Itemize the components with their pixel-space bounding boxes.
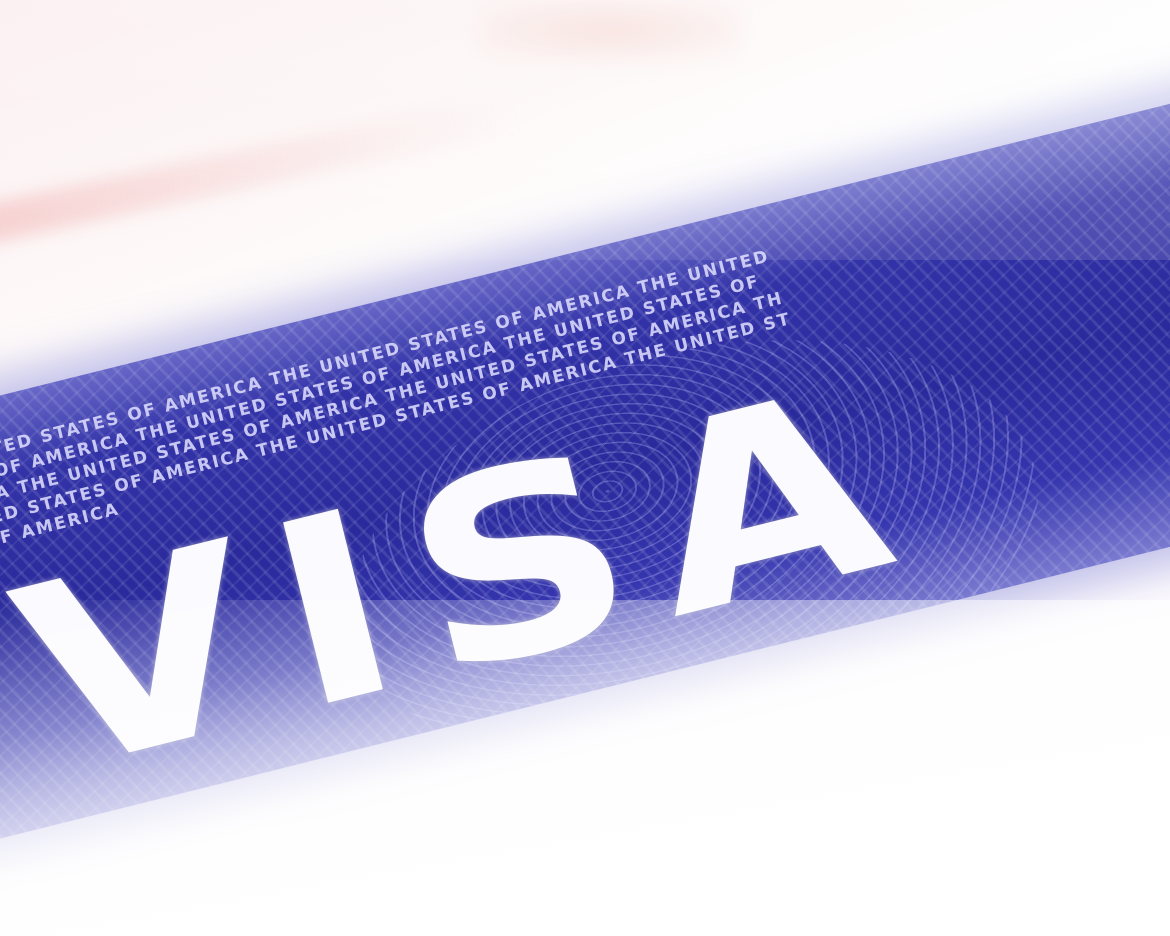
- depth-blur-bottom: [0, 600, 1170, 936]
- depth-blur-top: [0, 0, 1170, 260]
- visa-photo: THE UNITED STATES OF AMERICA THE UNITED …: [0, 0, 1170, 936]
